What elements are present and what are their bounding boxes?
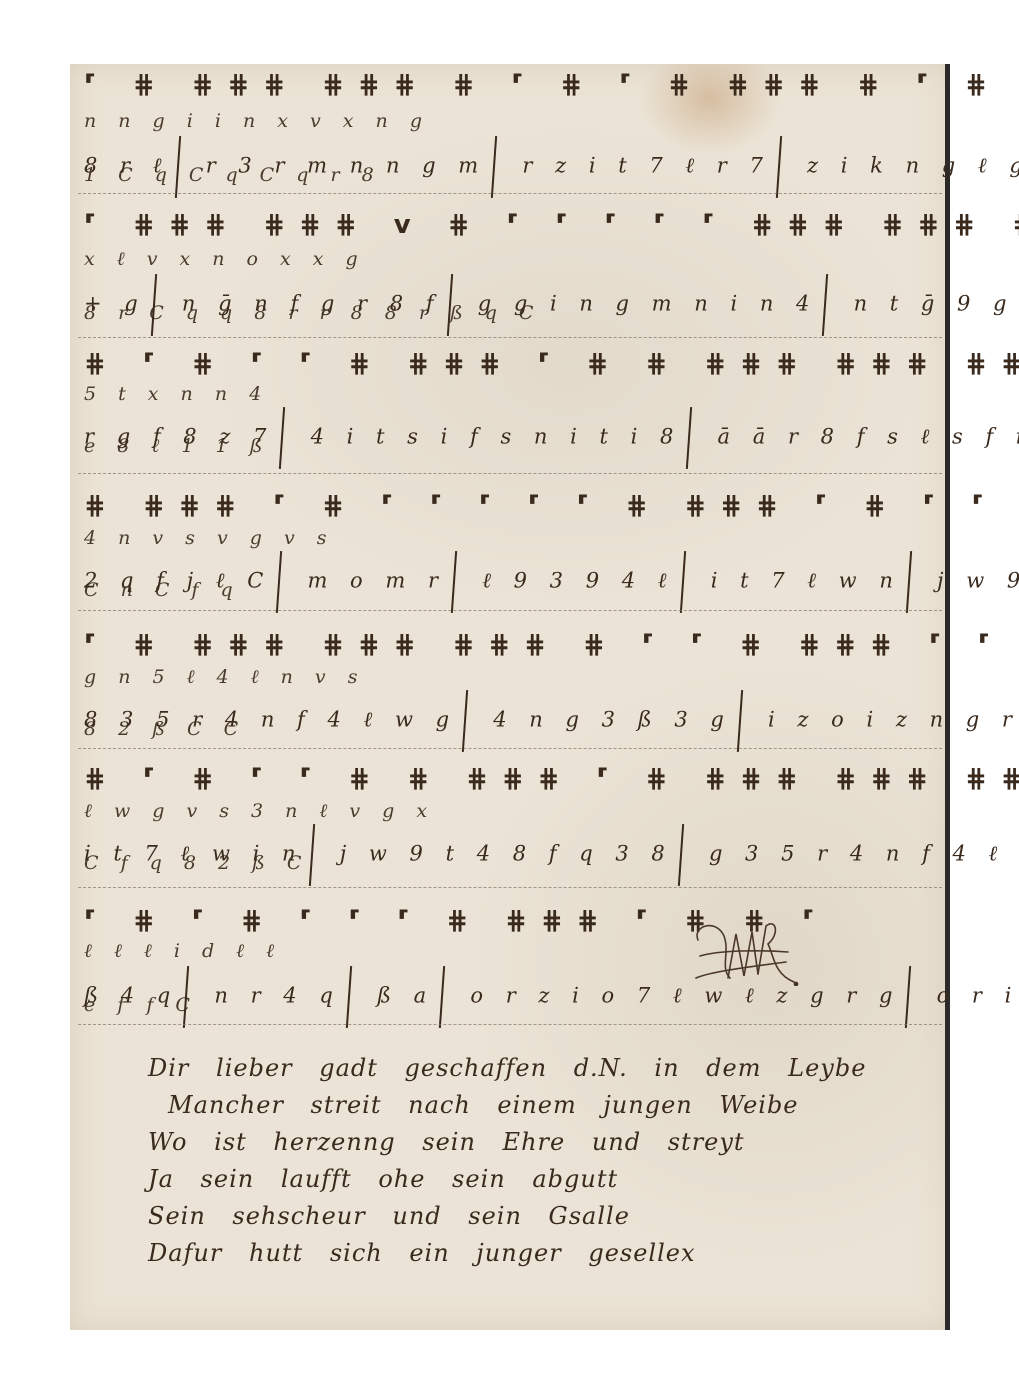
rhythm-flags: ⸢ ⋕ ⸢ ⋕ ⸢ ⸢ ⸢ ⋕ ⋕⋕⋕ ⸢ ⋕ ⋕ ⸢ [84, 906, 936, 936]
tablature-lower-course: 1 C q C q C q r 8 [84, 164, 936, 186]
tablature-lower-course: 8 r C q q 8 r r 8 8 r ß q C [84, 302, 936, 324]
ruled-line [78, 337, 942, 338]
tablature-upper-course: ℓ w g v s 3 n ℓ v g x [84, 800, 936, 823]
tablature-lower-course: 8 2 ß C C [84, 718, 936, 740]
lyric-line-2: Mancher streit nach einem jungen Weibe [148, 1091, 868, 1119]
ruled-line [78, 610, 942, 611]
signature-flourish-icon [690, 916, 800, 986]
ruled-line [78, 473, 942, 474]
page-edge-shadow [945, 64, 950, 1330]
rhythm-flags: ⸢ ⋕⋕⋕ ⋕⋕⋕ v ⋕ ⸢ ⸢ ⸢ ⸢ ⸢ ⋕⋕⋕ ⋕⋕⋕ ⋕⋕⋕ ⋕ ⸢ … [84, 210, 936, 240]
tablature-upper-course: n n g i i n x v x n g [84, 110, 936, 132]
ruled-line [78, 887, 942, 888]
lyric-line-5: Sein sehscheur und sein Gsalle [148, 1202, 868, 1230]
rhythm-flags: ⋕ ⸢ ⋕ ⸢ ⸢ ⋕ ⋕⋕⋕ ⸢ ⋕ ⋕ ⋕⋕⋕ ⋕⋕⋕ ⋕⋕⋕ ⸢ ⋕⋕⋕ … [84, 349, 936, 379]
rhythm-flags: ⸢ ⋕ ⋕⋕⋕ ⋕⋕⋕ ⋕⋕⋕ ⋕ ⸢ ⸢ ⋕ ⋕⋕⋕ ⸢ ⸢ ⸢ ⸢ ⸢ ⋕ … [84, 630, 936, 660]
ruled-line [78, 1024, 942, 1025]
ruled-line [78, 748, 942, 749]
tablature-lower-course: e 8 ℓ 1 1 ß [84, 435, 936, 458]
lyric-line-1: Dir lieber gadt geschaffen d.N. in dem L… [148, 1054, 868, 1082]
tablature-lower-course: C n C f q [84, 579, 936, 601]
lyric-line-4: Ja sein laufft ohe sein abgutt [148, 1165, 868, 1193]
rhythm-flags: ⋕ ⋕⋕⋕ ⸢ ⋕ ⸢ ⸢ ⸢ ⸢ ⸢ ⋕ ⋕⋕⋕ ⸢ ⋕ ⸢ ⸢ ⋕ ⋕ ⸢ … [84, 491, 936, 521]
lyric-line-3: Wo ist herzenng sein Ehre und streyt [148, 1128, 868, 1156]
tablature-upper-course: ℓ ℓ ℓ i d ℓ ℓ [84, 940, 936, 963]
rhythm-flags: ⋕ ⸢ ⋕ ⸢ ⸢ ⋕ ⋕ ⋕⋕⋕ ⸢ ⋕ ⋕⋕⋕ ⋕⋕⋕ ⋕⋕⋕ ⋕ ⸢ [84, 764, 936, 794]
lyric-line-6: Dafur hutt sich ein junger gesellex [148, 1239, 868, 1267]
song-text-block: Dir lieber gadt geschaffen d.N. in dem L… [148, 1054, 868, 1276]
tablature-upper-course: 5 t x n n 4 [84, 383, 936, 405]
manuscript-page: ⸢ ⋕ ⋕⋕⋕ ⋕⋕⋕ ⋕ ⸢ ⋕ ⸢ ⋕ ⋕⋕⋕ ⋕ ⸢ ⋕ ⋕⋕⋕ ⋕ n … [70, 64, 950, 1330]
tablature-upper-course: 4 n v s v g v s [84, 527, 936, 549]
tablature-upper-course: g n 5 ℓ 4 ℓ n v s [84, 666, 936, 689]
tablature-lower-course: C f q 8 2 ß C [84, 852, 936, 874]
signature-monogram [690, 916, 800, 990]
rhythm-flags: ⸢ ⋕ ⋕⋕⋕ ⋕⋕⋕ ⋕ ⸢ ⋕ ⸢ ⋕ ⋕⋕⋕ ⋕ ⸢ ⋕ ⋕⋕⋕ ⋕ [84, 70, 936, 100]
ruled-line [78, 193, 942, 194]
tablature-upper-course: x ℓ v x n o x x g [84, 248, 936, 271]
tablature-lower-course: e f f C [84, 994, 936, 1016]
